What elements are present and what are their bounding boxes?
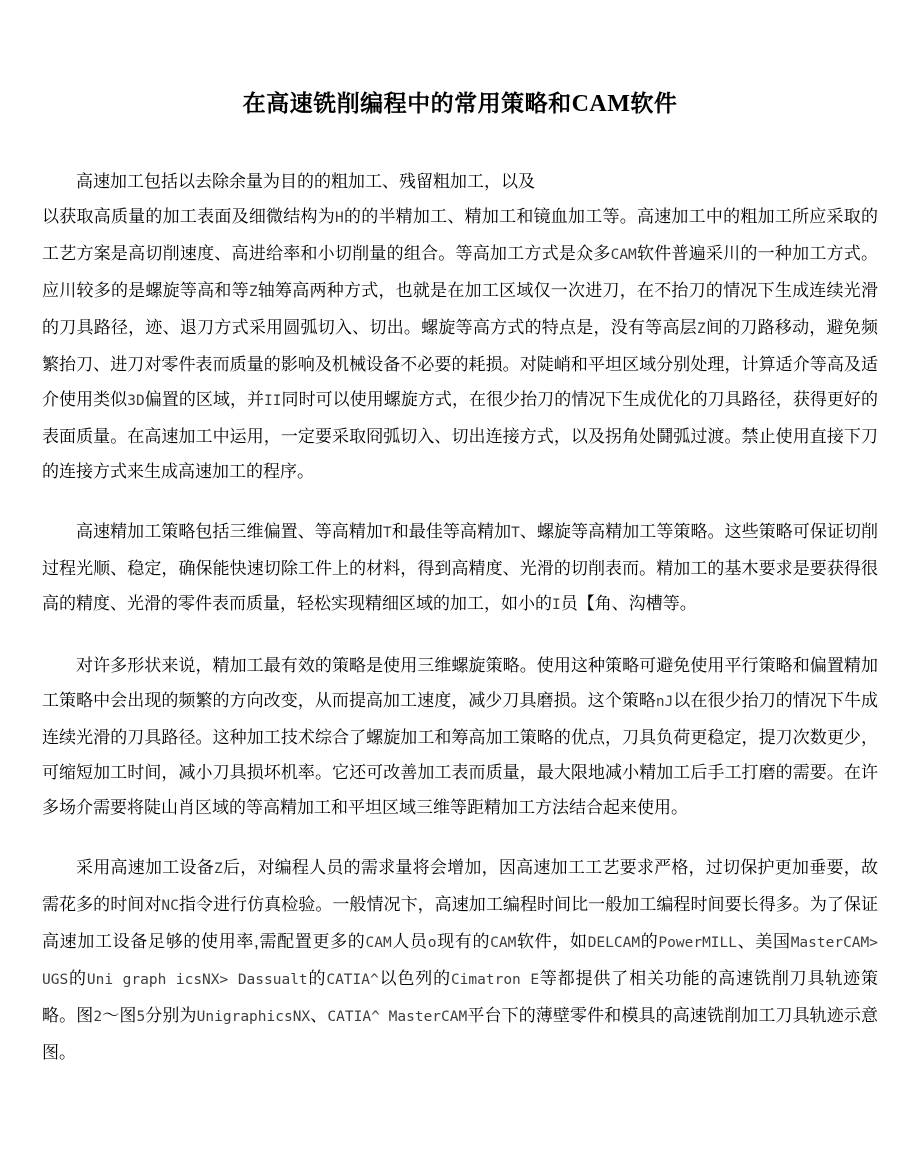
text-segment: CAM xyxy=(611,247,637,263)
text-segment: Cimatron E xyxy=(451,972,539,988)
text-segment: PowerMILL xyxy=(658,935,737,951)
text-segment: 以色列的 xyxy=(379,969,451,988)
text-segment: Z xyxy=(214,861,223,877)
text-segment: 高速精加工策略包括三维偏置、等高精加 xyxy=(76,522,383,541)
text-segment: 现有的 xyxy=(436,932,490,951)
text-segment: 2 xyxy=(93,1009,102,1025)
text-segment: 、美国 xyxy=(737,932,791,951)
text-segment: 、 xyxy=(310,1006,327,1025)
paragraph: 对许多形状来说，精加工最有效的策略是使用三维螺旋策略。使用这种策略可避免使用平行… xyxy=(42,648,878,825)
text-segment: CAM xyxy=(365,935,391,951)
text-segment: 的 xyxy=(308,969,327,988)
paragraph: 以获取高质量的加工表面及细微结构为H的的半精加工、精加工和镜血加工等。高速加工中… xyxy=(42,199,878,489)
text-segment: 分别为 xyxy=(145,1006,196,1025)
text-segment: Uni graph icsNX> Dassualt xyxy=(87,972,308,988)
text-segment: Z xyxy=(697,321,706,337)
text-segment: ～图 xyxy=(102,1006,136,1025)
text-segment: 的 xyxy=(68,969,87,988)
text-segment: CATIA^ MasterCAM xyxy=(327,1009,467,1025)
text-segment: UnigraphicsNX xyxy=(197,1009,311,1025)
text-segment: DELCAM xyxy=(588,935,640,951)
text-segment: T xyxy=(511,525,520,541)
document-page: 在高速铣削编程中的常用策略和CAM软件 高速加工包括以去除余量为目的的粗加工、残… xyxy=(0,0,920,1172)
text-segment: CAM xyxy=(572,91,631,117)
text-segment: H xyxy=(335,210,344,226)
text-segment: 人员 xyxy=(392,932,428,951)
paragraph: 采用高速加工设备Z后，对编程人员的需求量将会增加，因高速加工工艺要求严格，过切保… xyxy=(42,850,878,1070)
text-segment: 3D xyxy=(127,393,144,409)
text-segment: CATIA^ xyxy=(326,972,378,988)
text-segment: 软件 xyxy=(630,90,677,116)
text-segment: NC xyxy=(161,898,178,914)
document-title: 在高速铣削编程中的常用策略和CAM软件 xyxy=(0,0,920,119)
paragraph: 高速加工包括以去除余量为目的的粗加工、残留粗加工，以及 xyxy=(42,164,878,199)
text-segment: 和最佳等高精加 xyxy=(392,522,511,541)
text-segment: 偏置的区域，并 xyxy=(145,390,264,409)
text-segment: CAM xyxy=(490,935,516,951)
paragraph: 高速精加工策略包括三维偏置、等高精加T和最佳等高精加T、螺旋等高精加工等策略。这… xyxy=(42,514,878,623)
text-segment: 高速加工包括以去除余量为目的的粗加工、残留粗加工，以及 xyxy=(76,172,535,191)
text-segment: 采用高速加工设备 xyxy=(76,858,214,877)
text-segment: II xyxy=(264,393,281,409)
text-segment: 以获取高质量的加工表面及细微结构为 xyxy=(42,207,335,226)
text-segment: 的 xyxy=(640,932,658,951)
text-segment: I xyxy=(552,597,561,613)
text-segment: 员【角、沟槽等。 xyxy=(561,594,697,613)
document-body: 高速加工包括以去除余量为目的的粗加工、残留粗加工，以及以获取高质量的加工表面及细… xyxy=(42,164,878,1070)
text-segment: Z xyxy=(249,284,258,300)
text-segment: 5 xyxy=(136,1009,145,1025)
text-segment: nJ xyxy=(656,694,673,710)
text-segment: T xyxy=(383,525,392,541)
text-segment: 在高速铣削编程中的常用策略和 xyxy=(243,90,572,116)
text-segment: 软件，如 xyxy=(516,932,587,951)
